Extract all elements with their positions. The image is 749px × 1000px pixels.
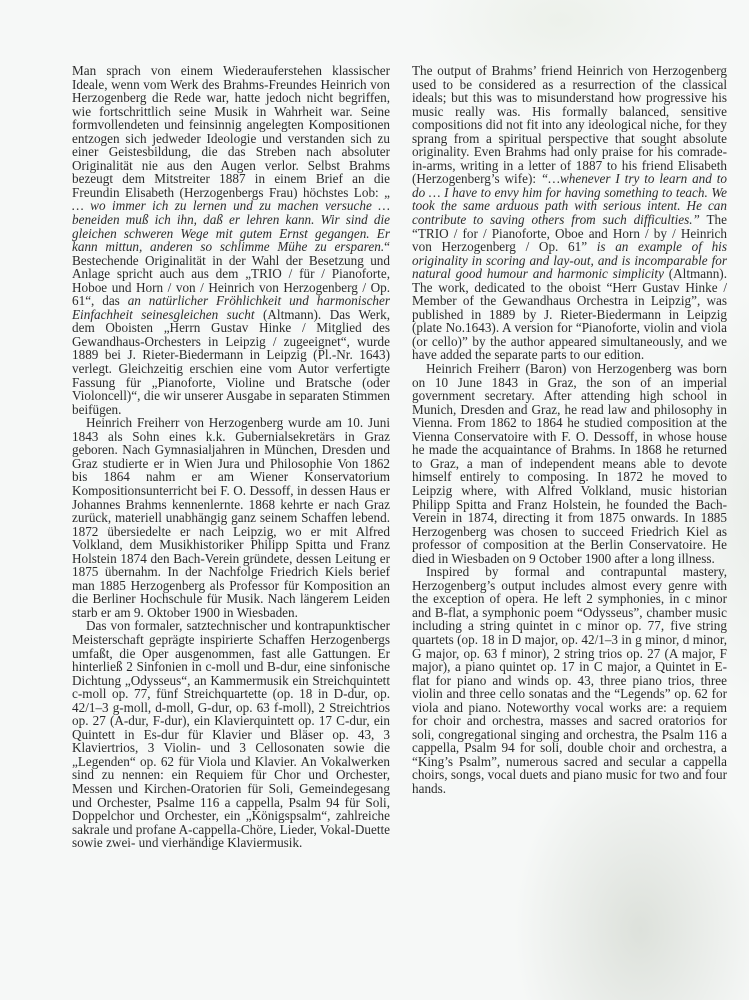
text-run: (Altmann). The work, dedicated to the ob… <box>412 266 727 362</box>
german-paragraph-3: Das von formaler, satztechnischer und ko… <box>72 619 390 849</box>
english-paragraph-2: Heinrich Freiherr (Baron) von Herzogenbe… <box>412 362 727 565</box>
text-run: Heinrich Freiherr von Herzogenberg wurde… <box>72 415 390 620</box>
text-run: Inspired by formal and contrapuntal mast… <box>412 564 727 796</box>
german-paragraph-2: Heinrich Freiherr von Herzogenberg wurde… <box>72 416 390 619</box>
scanned-page: Man sprach von einem Wiederauferstehen k… <box>0 0 749 1000</box>
text-run: Das von formaler, satztechnischer und ko… <box>72 618 390 850</box>
text-run: (Altmann). Das Werk, dem Oboisten „Herrn… <box>72 307 390 417</box>
text-run: Heinrich Freiherr (Baron) von Herzogenbe… <box>412 361 727 566</box>
english-paragraph-1: The output of Brahms’ friend Heinrich vo… <box>412 64 727 362</box>
german-paragraph-1: Man sprach von einem Wiederauferstehen k… <box>72 64 390 416</box>
english-paragraph-3: Inspired by formal and contrapuntal mast… <box>412 565 727 795</box>
text-run: The output of Brahms’ friend Heinrich vo… <box>412 63 727 186</box>
german-column: Man sprach von einem Wiederauferstehen k… <box>72 64 390 850</box>
english-column: The output of Brahms’ friend Heinrich vo… <box>412 64 727 796</box>
italic-quote: … wo immer ich zu lernen und zu machen v… <box>72 198 390 254</box>
text-run: Man sprach von einem Wiederauferstehen k… <box>72 63 390 200</box>
